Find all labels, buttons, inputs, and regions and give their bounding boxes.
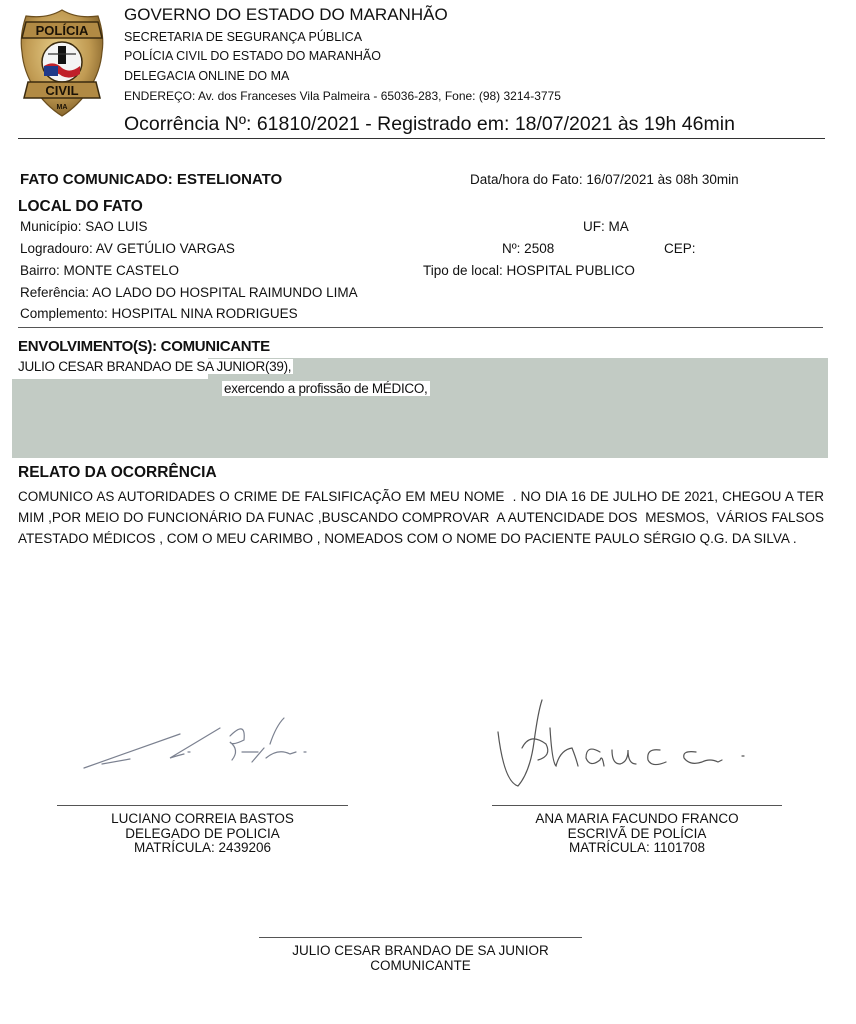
signatory-name: LUCIANO CORREIA BASTOS [57,812,348,827]
signature-line [492,805,782,806]
cep-field: CEP: [664,241,696,256]
envolvido-name: JULIO CESAR BRANDAO DE SA JUNIOR(39), [16,359,293,374]
signatory-role: COMUNICANTE [259,959,582,974]
bairro-field: Bairro: MONTE CASTELO [20,263,179,278]
numero-field: Nº: 2508 [502,241,554,256]
uf-field: UF: MA [583,219,629,234]
signatory-role: ESCRIVÃ DE POLÍCIA [492,827,782,842]
complemento-field: Complemento: HOSPITAL NINA RODRIGUES [20,306,298,321]
handwritten-signature-icon [80,712,320,772]
envolvido-profession: exercendo a profissão de MÉDICO, [222,381,430,396]
relato-body: COMUNICO AS AUTORIDADES O CRIME DE FALSI… [18,486,824,549]
policia-civil-line: POLÍCIA CIVIL DO ESTADO DO MARANHÃO [124,49,381,63]
signatory-matricula: MATRÍCULA: 1101708 [492,841,782,856]
svg-text:POLÍCIA: POLÍCIA [36,23,89,38]
policia-civil-badge-icon: POLÍCIA CIVIL MA [18,8,106,118]
tipo-local-field: Tipo de local: HOSPITAL PUBLICO [423,263,635,278]
fato-datetime: Data/hora do Fato: 16/07/2021 às 08h 30m… [470,172,739,187]
local-do-fato-heading: LOCAL DO FATO [18,198,143,216]
signatory-matricula: MATRÍCULA: 2439206 [57,841,348,856]
municipio-field: Município: SAO LUIS [20,219,148,234]
logradouro-field: Logradouro: AV GETÚLIO VARGAS [20,241,235,256]
fato-comunicado-heading: FATO COMUNICADO: ESTELIONATO [20,171,282,188]
signature-block-comunicante: JULIO CESAR BRANDAO DE SA JUNIOR COMUNIC… [259,944,582,973]
header-divider [18,138,825,139]
handwritten-signature-icon [490,692,780,792]
secretaria-line: SECRETARIA DE SEGURANÇA PÚBLICA [124,30,362,44]
signature-line [259,937,582,938]
occurrence-number: Ocorrência Nº: 61810/2021 - Registrado e… [124,113,735,136]
relato-heading: RELATO DA OCORRÊNCIA [18,464,217,482]
section-divider [18,327,823,328]
svg-text:CIVIL: CIVIL [45,83,78,98]
signatory-name: JULIO CESAR BRANDAO DE SA JUNIOR [259,944,582,959]
signature-block-escriva: ANA MARIA FACUNDO FRANCO ESCRIVÃ DE POLÍ… [492,812,782,856]
government-title: GOVERNO DO ESTADO DO MARANHÃO [124,5,448,25]
address-line: ENDEREÇO: Av. dos Franceses Vila Palmeir… [124,89,561,103]
signatory-name: ANA MARIA FACUNDO FRANCO [492,812,782,827]
delegacia-line: DELEGACIA ONLINE DO MA [124,69,289,83]
redaction-block [208,358,828,379]
referencia-field: Referência: AO LADO DO HOSPITAL RAIMUNDO… [20,285,358,300]
svg-text:MA: MA [57,104,68,111]
signatory-role: DELEGADO DE POLICIA [57,827,348,842]
envolvimento-heading: ENVOLVIMENTO(S): COMUNICANTE [18,338,270,355]
signature-block-delegado: LUCIANO CORREIA BASTOS DELEGADO DE POLIC… [57,812,348,856]
signature-line [57,805,348,806]
